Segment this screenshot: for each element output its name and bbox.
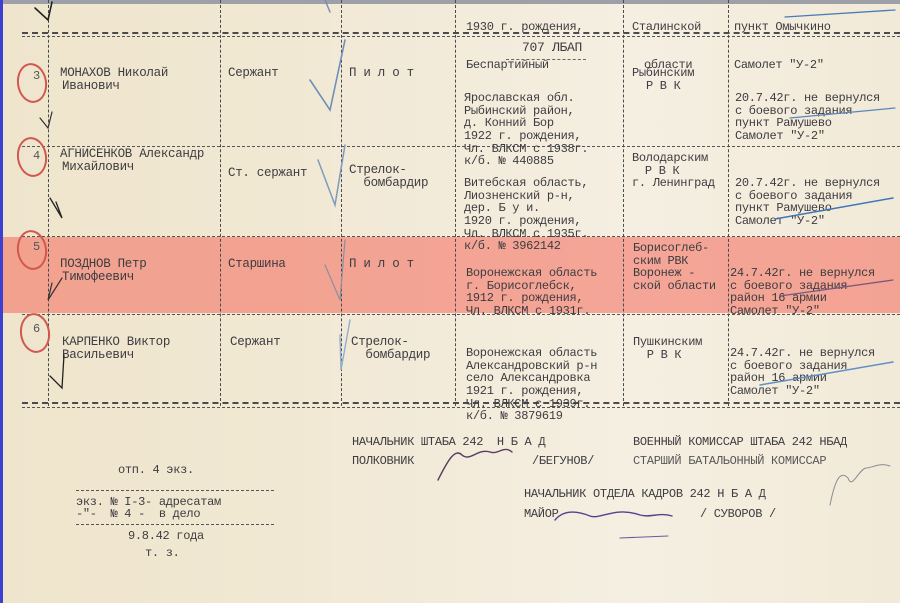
distribution-file: -"- № 4 - в дело	[76, 508, 200, 521]
commissar-rank: СТАРШИЙ БАТАЛЬОННЫЙ КОМИССАР	[633, 455, 826, 468]
distribution-copies: отп. 4 экз.	[118, 464, 194, 477]
chief-of-staff-rank: ПОЛКОВНИК	[352, 455, 414, 468]
commissar-title: ВОЕННЫЙ КОМИССАР ШТАБА 242 НБАД	[633, 436, 847, 449]
chief-of-staff-name: /БЕГУНОВ/	[532, 455, 594, 468]
distribution-rule	[76, 524, 274, 525]
chief-of-staff-title: НАЧАЛЬНИК ШТАБА 242 Н Б А Д	[352, 436, 545, 449]
typist-initials: т. з.	[145, 547, 180, 560]
personnel-chief-title: НАЧАЛЬНИК ОТДЕЛА КАДРОВ 242 Н Б А Д	[524, 488, 766, 501]
personnel-chief-name: / СУВОРОВ /	[700, 508, 776, 521]
document-date: 9.8.42 года	[128, 530, 204, 543]
personnel-chief-rank: МАЙОР	[524, 508, 559, 521]
distribution-rule	[76, 490, 274, 491]
